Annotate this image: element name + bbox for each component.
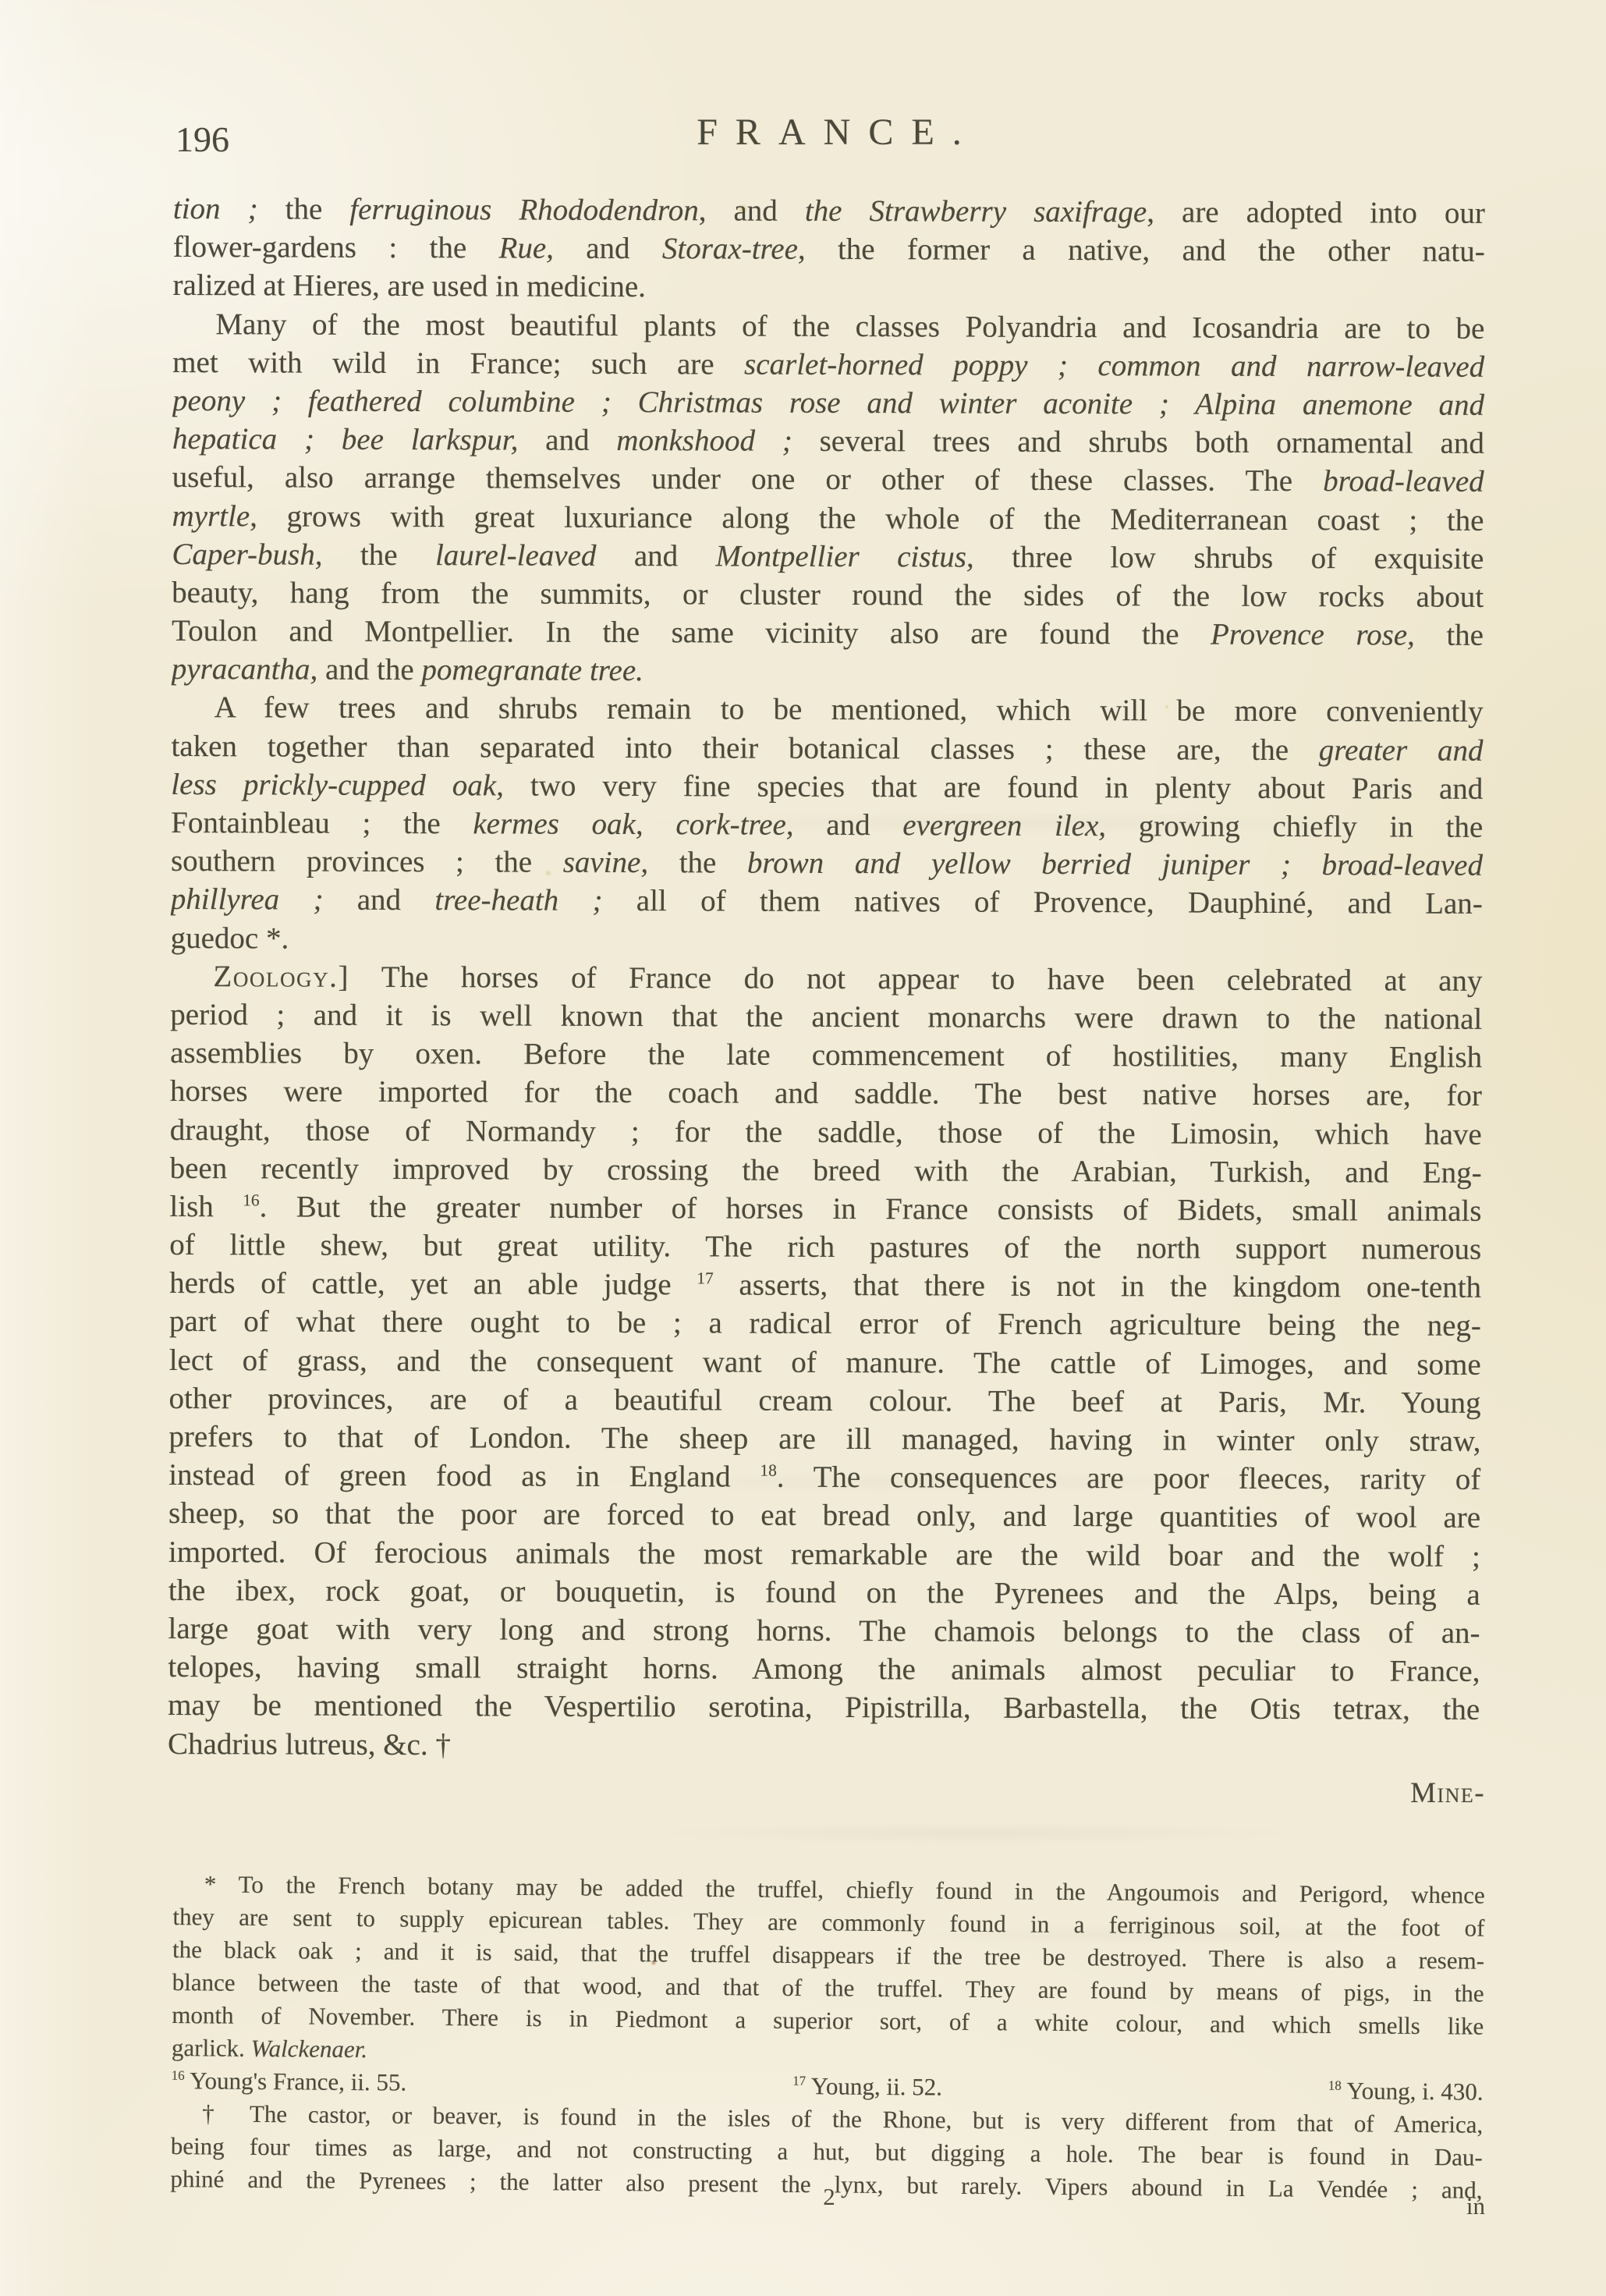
text-line: useful, also arrange themselves under on… [172, 458, 1484, 501]
text-segment: imported. Of ferocious animals the most … [168, 1535, 1480, 1574]
text-line: phillyrea ; and tree-heath ; all of them… [171, 880, 1483, 923]
text-line: met with wild in France; such are scarle… [172, 343, 1484, 386]
text-line: A few trees and shrubs remain to be ment… [172, 688, 1484, 731]
text-segment: other provinces, are of a beautiful crea… [169, 1382, 1481, 1420]
text-segment: and [518, 424, 616, 457]
text-segment: and [596, 539, 715, 573]
text-segment: been recently improved by crossing the b… [170, 1152, 1482, 1190]
text-line: taken together than separated into their… [171, 727, 1483, 770]
text-segment: Young, i. 430. [1342, 2077, 1484, 2106]
text-segment: all of them natives of Provence, Dauphin… [602, 884, 1482, 921]
text-segment: , and [699, 193, 805, 227]
text-segment: tion ; [173, 192, 258, 225]
text-segment: herds of cattle, yet an able judge [169, 1266, 697, 1301]
text-segment: the former a native, and the other natu- [806, 232, 1485, 268]
text-segment: less prickly-cupped oak, [171, 768, 504, 802]
text-segment: and the [317, 653, 421, 687]
text-line: the ibex, rock goat, or bouquetin, is fo… [168, 1571, 1480, 1614]
text-segment: prefers to that of London. The sheep are… [168, 1420, 1480, 1458]
footnote-ref-marker: 16 [172, 2068, 185, 2083]
text-segment: brown and yellow berried juniper ; [747, 846, 1291, 882]
text-segment: evergreen ilex, [902, 808, 1106, 843]
text-line: lish 16. But the greater number of horse… [169, 1187, 1481, 1230]
footnote-reference: 17 Young, ii. 52. [792, 2070, 942, 2104]
text-line: less prickly-cupped oak, two very fine s… [171, 765, 1483, 808]
footnote-ref-marker: 17 [697, 1269, 714, 1288]
text-segment: Caper-bush, [172, 538, 322, 572]
text-line: southern provinces ; the savine, the bro… [171, 842, 1483, 885]
text-segment: myrtle, [172, 499, 257, 532]
text-segment: instead of green food as in England [168, 1458, 760, 1494]
text-segment: the [258, 192, 350, 225]
text-segment: part of what there ought to be ; a radic… [169, 1304, 1481, 1343]
running-title: FRANCE. [173, 114, 1485, 151]
text-segment: The horses of France do not appear to ha… [349, 960, 1483, 998]
text-segment: greater and [1319, 733, 1484, 768]
text-segment: the [1415, 619, 1484, 652]
text-segment: peony ; feathered columbine ; Christmas … [172, 384, 1484, 422]
text-line: part of what there ought to be ; a radic… [169, 1302, 1481, 1345]
text-segment: Storax-tree, [662, 232, 806, 266]
text-line: peony ; feathered columbine ; Christmas … [172, 381, 1484, 424]
text-segment: and [794, 808, 903, 842]
text-segment: lect of grass, and the consequent want o… [169, 1343, 1481, 1382]
text-segment: monkshood ; [616, 424, 792, 458]
text-line: Chadrius lutreus, &c. † [168, 1724, 1480, 1767]
text-segment: Walckenaer. [250, 2035, 367, 2063]
text-segment: Provence rose, [1211, 618, 1415, 652]
text-line: lect of grass, and the consequent want o… [169, 1341, 1481, 1384]
footnote-ref-marker: 17 [792, 2074, 806, 2088]
text-line: hepatica ; bee larkspur, and monkshood ;… [172, 420, 1484, 463]
text-segment: ferruginous Rhododendron [349, 193, 699, 228]
text-line: of little shew, but great utility. The r… [169, 1226, 1481, 1269]
text-segment: Toulon and Montpellier. In the same vici… [172, 614, 1211, 651]
text-line: horses were imported for the coach and s… [170, 1072, 1482, 1115]
text-segment: phillyrea ; [171, 882, 324, 917]
book-page: 196 FRANCE. tion ; the ferruginous Rhodo… [0, 0, 1606, 2296]
text-segment: broad-leaved [1321, 848, 1483, 882]
text-segment: pomegranate tree. [421, 653, 643, 687]
text-segment: the [322, 538, 435, 572]
text-segment: Young, ii. 52. [806, 2072, 942, 2101]
text-segment: Rue, [498, 232, 554, 265]
text-segment: the ibex, rock goat, or bouquetin, is fo… [168, 1574, 1480, 1612]
text-line: ralized at Hieres, are used in medicine. [172, 266, 1484, 309]
text-line: sheep, so that the poor are forced to ea… [168, 1494, 1480, 1537]
text-segment: . But the greater number of horses in Fr… [260, 1190, 1482, 1227]
text-line: Fontainbleau ; the kermes oak, cork-tree… [171, 804, 1483, 846]
text-segment: ralized at Hieres, are used in medicine. [172, 268, 646, 303]
text-line: Zoology.] The horses of France do not ap… [170, 957, 1482, 1000]
text-line: pyracantha, and the pomegranate tree. [172, 650, 1484, 693]
text-line: assemblies by oxen. Before the late comm… [170, 1034, 1482, 1077]
text-segment: and [323, 883, 434, 917]
text-line: may be mentioned the Vespertilio serotin… [168, 1686, 1480, 1729]
text-segment: Montpellier cistus, [716, 539, 974, 573]
text-segment: grows with great luxuriance along the wh… [257, 499, 1484, 537]
text-segment: broad-leaved [1323, 464, 1484, 499]
text-segment: guedoc *. [171, 921, 289, 956]
text-segment: several trees and shrubs both ornamental… [792, 424, 1484, 460]
text-line: telopes, having small straight horns. Am… [168, 1648, 1480, 1691]
text-segment: scarlet-horned poppy ; common and narrow… [744, 347, 1484, 383]
text-line: beauty, hang from the summits, or cluste… [172, 573, 1484, 616]
text-segment: Chadrius lutreus, &c. † [168, 1726, 451, 1761]
text-segment: met with wild in France; such are [172, 346, 744, 381]
text-segment: useful, also arrange themselves under on… [172, 460, 1324, 498]
text-segment: cork-tree, [675, 807, 793, 842]
text-line: imported. Of ferocious animals the most … [168, 1533, 1480, 1576]
text-segment: laurel-leaved [435, 538, 597, 573]
text-segment: may be mentioned the Vespertilio serotin… [168, 1688, 1480, 1726]
text-segment: southern provinces ; the [171, 844, 563, 879]
text-segment: pyracantha, [172, 652, 318, 687]
text-line: Caper-bush, the laurel-leaved and Montpe… [172, 535, 1484, 578]
text-line: tion ; the ferruginous Rhododendron, and… [173, 190, 1485, 232]
text-line: flower-gardens : the Rue, and Storax-tre… [173, 228, 1485, 271]
text-segment: tree-heath ; [434, 884, 602, 918]
text-segment: sheep, so that the poor are forced to ea… [168, 1496, 1480, 1535]
footnote-reference: 18 Young, i. 430. [1328, 2074, 1484, 2109]
text-segment: flower-gardens : the [173, 230, 499, 264]
text-segment: , are adopted into our [1147, 195, 1485, 230]
text-segment: lish [169, 1190, 243, 1223]
text-segment: horses were imported for the coach and s… [170, 1074, 1482, 1113]
text-line: other provinces, are of a beautiful crea… [169, 1379, 1481, 1422]
text-segment: savine, [563, 846, 649, 879]
text-line: prefers to that of London. The sheep are… [168, 1418, 1480, 1460]
text-segment: and [554, 232, 662, 265]
text-line: been recently improved by crossing the b… [170, 1149, 1482, 1192]
text-segment: . The consequences are poor fleeces, rar… [777, 1460, 1481, 1496]
text-segment: draught, those of Normandy ; for the sad… [170, 1113, 1482, 1151]
text-line: guedoc *. [171, 919, 1483, 962]
text-segment: the Strawberry saxifrage [805, 194, 1147, 229]
text-segment: the [648, 846, 747, 879]
text-segment: of little shew, but great utility. The r… [169, 1228, 1481, 1266]
text-segment: growing chiefly in the [1106, 809, 1483, 844]
text-line: herds of cattle, yet an able judge 17 as… [169, 1264, 1481, 1307]
text-segment: Zoology.] [213, 960, 349, 994]
text-segment: garlick. [172, 2034, 251, 2062]
footnotes: * To the French botany may be added the … [170, 1868, 1485, 2207]
text-segment: kermes oak, [473, 807, 643, 841]
text-line: myrtle, grows with great luxuriance alon… [172, 496, 1484, 539]
footnote-ref-marker: 18 [760, 1461, 777, 1480]
text-segment: asserts, that there is not in the kingdo… [714, 1269, 1481, 1304]
footnote-ref-marker: 16 [243, 1191, 260, 1209]
text-segment: large goat with very long and strong hor… [168, 1612, 1480, 1650]
text-segment: period ; and it is well known that the a… [170, 998, 1482, 1036]
text-segment [643, 807, 676, 841]
text-segment: taken together than separated into their… [171, 729, 1318, 767]
catchword-mid: Mine- [173, 1779, 1485, 1808]
footnote-ref-marker: 18 [1328, 2078, 1342, 2093]
text-segment: beauty, hang from the summits, or cluste… [172, 576, 1484, 614]
text-segment: assemblies by oxen. Before the late comm… [170, 1036, 1482, 1074]
footnote-reference: 16 Young's France, ii. 55. [171, 2064, 406, 2099]
text-segment: telopes, having small straight horns. Am… [168, 1650, 1480, 1688]
text-segment: hepatica ; bee larkspur, [172, 422, 519, 457]
footnote-asterisk: * To the French botany may be added the … [172, 1868, 1485, 2076]
text-segment: two very fine species that are found in … [504, 768, 1484, 805]
text-segment [1291, 848, 1322, 882]
body-text: tion ; the ferruginous Rhododendron, and… [168, 190, 1485, 1768]
text-line: Many of the most beautiful plants of the… [172, 305, 1484, 348]
text-line: draught, those of Normandy ; for the sad… [170, 1110, 1482, 1153]
catchword-bottom: in [173, 2194, 1485, 2218]
text-line: instead of green food as in England 18. … [168, 1456, 1480, 1499]
text-line: period ; and it is well known that the a… [170, 995, 1482, 1038]
text-segment: three low shrubs of exquisite [974, 540, 1484, 575]
text-segment: Many of the most beautiful plants of the… [215, 307, 1484, 346]
text-segment: Young's France, ii. 55. [184, 2067, 406, 2095]
text-line: large goat with very long and strong hor… [168, 1609, 1480, 1652]
text-segment: Fontainbleau ; the [171, 806, 473, 840]
text-segment: A few trees and shrubs remain to be ment… [214, 691, 1484, 729]
text-line: Toulon and Montpellier. In the same vici… [172, 612, 1484, 655]
